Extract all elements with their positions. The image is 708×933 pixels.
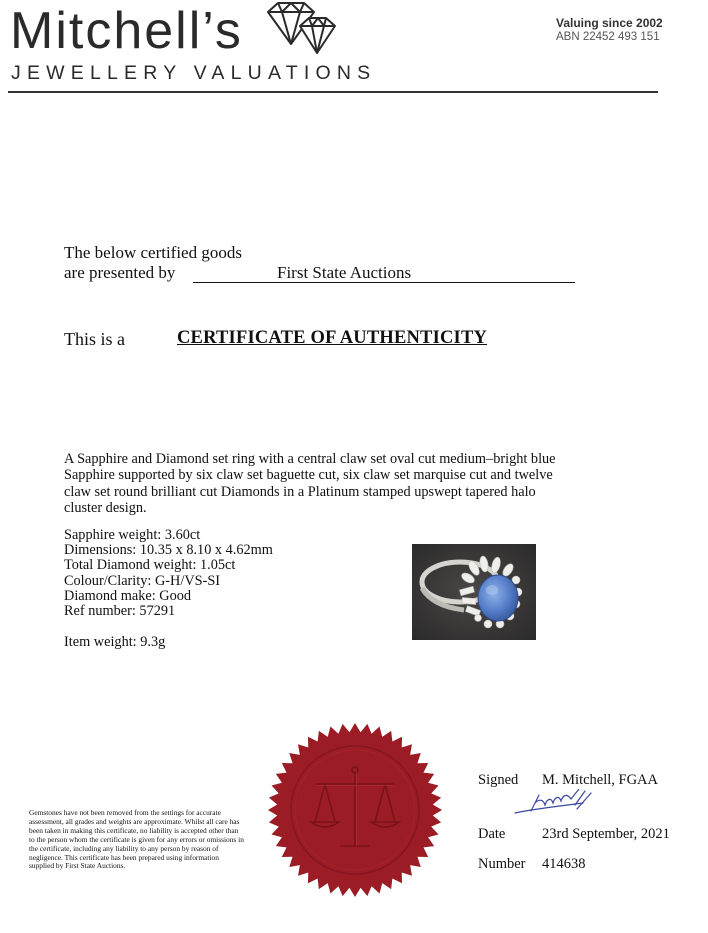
presented-intro-line: The below certified goods [64,243,242,263]
certificate-date: 23rd September, 2021 [542,826,670,842]
spec-dimensions: Dimensions: 10.35 x 8.10 x 4.62mm [64,543,273,558]
header-divider [8,91,658,93]
certificate-prefix: This is a [64,329,125,349]
tagline: Valuing since 2002 [556,16,663,30]
sapphire-diamond-ring-photo [412,544,536,640]
disclaimer-text: Gemstones have not been removed from the… [29,809,244,871]
spec-ref-number: Ref number: 57291 [64,604,273,619]
signatory-name: M. Mitchell, FGAA [542,772,658,788]
diamond-pair-icon [262,0,340,56]
number-label: Number [478,856,526,872]
presented-by-label: are presented by [64,263,175,283]
brand-subtitle: JEWELLERY VALUATIONS [11,61,376,85]
presenter-name: First State Auctions [277,263,411,283]
certificate-title: CERTIFICATE OF AUTHENTICITY [177,328,487,348]
date-label: Date [478,826,505,842]
signed-label: Signed [478,772,518,788]
scales-of-justice-seal-icon [267,722,443,898]
certificate-number: 414638 [542,856,586,872]
brand-name: Mitchell’s [10,0,243,62]
item-weight: Item weight: 9.3g [64,634,165,650]
item-specs: Sapphire weight: 3.60ct Dimensions: 10.3… [64,528,273,619]
item-description: A Sapphire and Diamond set ring with a c… [64,451,564,517]
spec-sapphire-weight: Sapphire weight: 3.60ct [64,528,273,543]
spec-diamond-make: Diamond make: Good [64,589,273,604]
spec-colour-clarity: Colour/Clarity: G-H/VS-SI [64,574,273,589]
abn-number: ABN 22452 493 151 [556,30,660,44]
spec-total-diamond-weight: Total Diamond weight: 1.05ct [64,558,273,573]
handwritten-signature [513,789,597,815]
